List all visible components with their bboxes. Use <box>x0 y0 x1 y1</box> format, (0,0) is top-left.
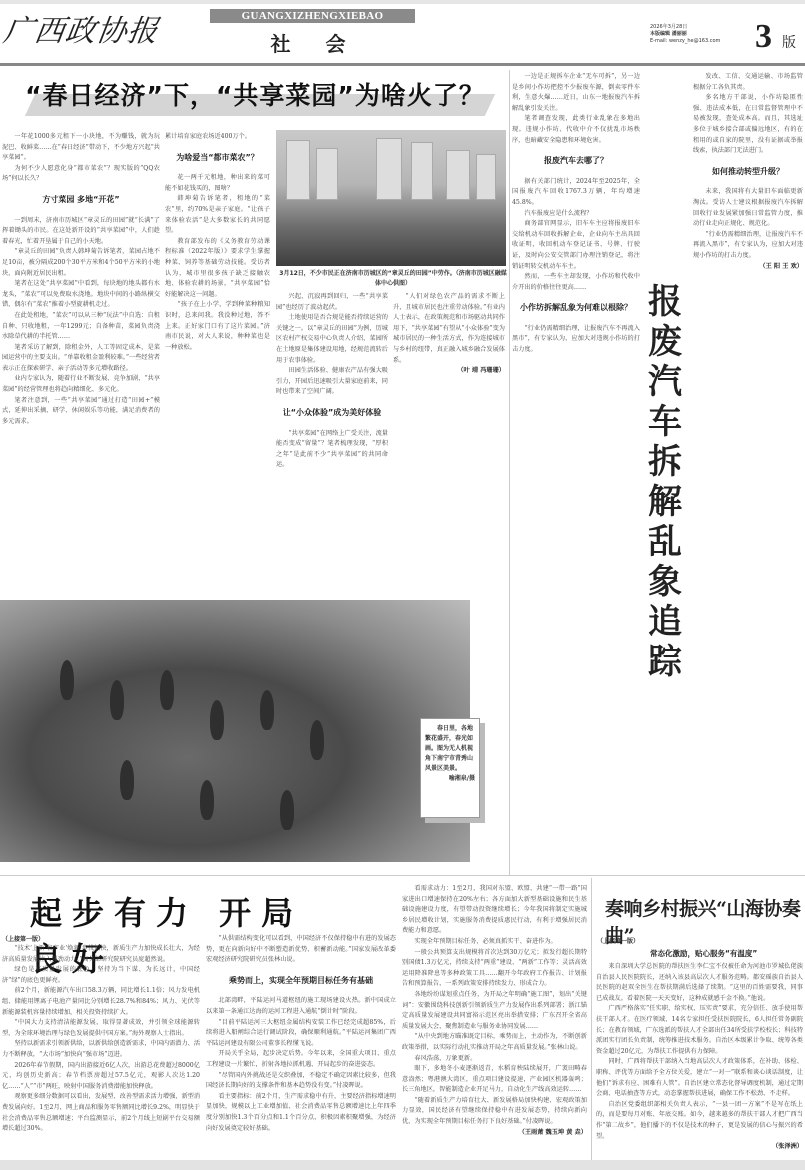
paragraph: 一边是正规拆车企业“无车可拆”，另一边是乡间小作坊把控不少报废车源，倒卖零件车利… <box>512 72 640 114</box>
headline-char: 踪 <box>645 642 685 682</box>
paragraph: 开局关乎全局，起步决定后势。今年以来，全国重大项目、重点工程建设一片繁忙，折射各… <box>206 1049 396 1070</box>
paragraph: 汽车报废应是什么流程？ <box>512 209 640 220</box>
column-divider <box>509 70 510 875</box>
paragraph: 多名地方干部说，小作坊隐匿性强、违法成本低，在日常监督管理中不易被发现，查处成本… <box>693 93 803 157</box>
lead-paragraph: 一年花1000多元租下一小块地，不为赚钱，就为玩泥巴、收鲜菜……在“春日经济”带… <box>2 132 160 164</box>
headline-text: “春日经济”下，“共享菜园”为啥火了？ <box>20 76 490 112</box>
headline-char: 追 <box>645 602 685 642</box>
article3-column-2: “从供需结构变化可以看到，中国经济不仅保持稳中有进的发展态势，更在向新向好中不断… <box>206 934 396 1159</box>
paragraph: 来自深圳大学总医院的帮扶医生李仁宝不仅被任命为河池市罗城仫佬族自治县人民医院院长… <box>596 962 803 1004</box>
subheading: 方寸菜园 多地“开花” <box>2 195 160 206</box>
photo-spring-park <box>0 600 470 862</box>
paragraph: 各地纷纷谋划重点任务，为开局之年明确“施工图”，划出“关键词”：安徽围绕科技创新… <box>402 990 587 1032</box>
tree <box>110 680 124 720</box>
photo-credit: 喻湘泉/摄 <box>425 774 475 784</box>
subheading: 让“小众体验”成为美好体验 <box>276 408 388 419</box>
paragraph: 教育部发布的《义务教育劳动课程标准（2022年版）》要求学生掌握种菜、饲养等基础… <box>165 237 270 301</box>
paragraph: 同时，广西将帮扶干部纳入当地高层次人才政策体系，在补助、体检、职称、评优等方面给… <box>596 1057 803 1099</box>
continued-label: （上接第一版） <box>2 934 44 943</box>
issue-meta: 2026年3月28日 本版编辑 潘丽丽 E-mail: wenzy_he@163… <box>650 24 720 45</box>
newspaper-pinyin: GUANGXIZHENGXIEBAO <box>210 9 415 23</box>
byline: （张泽洲） <box>596 1142 803 1153</box>
caption-text: 春日里，各地繁花盛开，春光如画。图为无人机视角下南宁市青秀山风景区美景。 <box>425 724 475 774</box>
paragraph: 然而，一些车主却发现，小作坊和代收中介开出的价格往往更高…… <box>512 272 640 293</box>
paragraph: “目前平陆运河三大枢纽金属结构安装工作已经完成超85%，后续将进入船闸综合运行调… <box>206 1018 396 1050</box>
paragraph: “行业仍需精细治理，让报废汽车不再流入黑市”，有专家认为，应加大对违规小作坊的打… <box>693 230 803 262</box>
paragraph: 看主要指标：前2个月，生产需求稳中有升，主要经济指标增速明显加快，规模以上工业增… <box>206 1092 396 1134</box>
paragraph: 绿色是高质量发展的底色。坚持为当下谋、为长远计，中国经济“绿”的底色更鲜亮。 <box>2 965 200 986</box>
section-title: 社 会 <box>230 28 400 57</box>
issue-date: 2026年3月28日 <box>650 24 720 31</box>
subheading: 小作坊拆解乱象为何难以根除？ <box>512 303 640 314</box>
article4-body: 来自深圳大学总医院的帮扶医生李仁宝不仅被任命为河池市罗城仫佬族自治县人民医院院长… <box>596 962 803 1159</box>
paragraph: “人们对绿色农产品的需求不断上升，且城市居民也注重劳动体验。”有业内人士表示，在… <box>393 292 505 366</box>
article2-column-2: 发改、工信、交通运输、市场监管根据分工各负其责。 多名地方干部说，小作坊隐匿性强… <box>693 72 803 872</box>
photo-garden-city <box>276 130 506 266</box>
paragraph: 实现全年预期目标任务，必须真抓实干、奋进作为。 <box>402 937 587 948</box>
paragraph: “技术‘上新’和产业‘焕新’步伐加快，新质生产力加快成长壮大，为经济高质量发展注… <box>2 944 200 965</box>
paragraph: “共享菜园”在网络上广受关注，流量能否变成“留量”？笔者梳理发现，“厚积之年”是… <box>276 429 388 471</box>
byline: （王雨萧 魏玉坤 黄 垚） <box>402 1128 587 1139</box>
article-headline-shared-garden: “春日经济”下，“共享菜园”为啥火了？ <box>20 72 490 118</box>
continued-label: （上接第一版） <box>597 936 639 945</box>
headline-char: 车 <box>645 402 685 442</box>
lead-paragraph: 为何不少人愿意化身“都市菜农”？现实版的“QQ农场”何以长久？ <box>2 164 160 185</box>
building <box>446 150 470 200</box>
paragraph: 观察更多细分数据可以看出，发展型、改善型需求活力增强，新型消费发展向好。1至2月… <box>2 1092 200 1134</box>
paragraph: 笔者采访了解到，除租金外，人工等固定成本，是菜园运营中的主要支出。“单靠收租金盈… <box>2 343 160 375</box>
article1-column-4: “人们对绿色农产品的需求不断上升，且城市居民也注重劳动体验。”有业内人士表示，在… <box>393 292 505 597</box>
page-editor: 本版编辑 潘丽丽 <box>650 31 720 38</box>
headline-char: 汽 <box>645 362 685 402</box>
paragraph: 坚持以新需求引领新供给，以新供给创造新需求，中国内需潜力、活力不断释放，“大市场… <box>2 1039 200 1060</box>
paragraph: “中国大力支持清洁能源发展，取得显著成效，并引领全球能源转型，为全球环境治理与绿… <box>2 1018 200 1039</box>
article3-column-1: “技术‘上新’和产业‘焕新’步伐加快，新质生产力加快成长壮大，为经济高质量发展注… <box>2 944 200 1159</box>
tree <box>210 700 224 740</box>
paragraph: “随着新质生产力培育壮大、新发展格局加快构建、宏观政策加力显效，国民经济有望继续… <box>402 1096 587 1128</box>
top-border <box>0 0 805 4</box>
tree <box>120 760 134 800</box>
tree <box>280 790 294 830</box>
page-suffix: 版 <box>782 32 796 52</box>
paragraph: 累计培育家庭农场近400万个。 <box>165 132 270 143</box>
building <box>411 142 433 200</box>
paragraph: “行业仍需精细治理，让报废汽车不再流入黑市”，有专家认为，应加大对违规小作坊的打… <box>512 324 640 356</box>
masthead-rule <box>0 63 805 66</box>
headline-char: 报 <box>645 282 685 322</box>
paragraph: “章灵丘的田园”负责人韩坤菊告诉笔者，菜园占地不足10亩，被分隔成200个30平… <box>2 247 160 279</box>
subheading: 如何推动转型升级？ <box>693 167 803 178</box>
article1-column-1: 一年花1000多元租下一小块地，不为赚钱，就为玩泥巴、收鲜菜……在“春日经济”带… <box>2 132 160 597</box>
photo-caption: 3月12日，不少市民正在济南市历城区的“章灵丘的田园”中劳作。（济南市历城区融媒… <box>278 269 508 289</box>
tree <box>60 660 74 700</box>
headline-char: 解 <box>645 482 685 522</box>
paragraph: 春风浩荡，万象更新。 <box>402 1054 587 1065</box>
paragraph: 前2个月，新能源汽车出口58.3万辆，同比增长1.1倍；风力发电机组、储能用锂离… <box>2 986 200 1018</box>
paragraph: 笔者注意到，一些“共享菜园”通过打造“田园+”模式，延伸出采摘、研学、休闲娱乐等… <box>2 396 160 428</box>
paragraph: 兴起、沉寂再到回归，一些“共享菜园”也经历了波动起伏。 <box>276 292 388 313</box>
paragraph: 在此处租地，“菜农”可以从三种“玩法”中自选：自租自种、只收地租，一年1299元… <box>2 311 160 343</box>
headline-char: 废 <box>645 322 685 362</box>
vertical-headline: 报 废 汽 车 拆 解 乱 象 追 踪 <box>645 282 685 682</box>
paragraph: 韩坤菊告诉笔者，租地的“菜农”里，约70%是亲子家庭。“让孩子来体验农活”是大多… <box>165 194 270 236</box>
building <box>286 140 310 200</box>
newspaper-logo: 广西政协报 <box>1 6 162 50</box>
paragraph: 北部湾畔，平陆运河马道枢纽的施工现场建设火热。新中国成立以来第一条通江达海的运河… <box>206 996 396 1017</box>
paragraph: 一般公共预算支出规模将首次达到30万亿元；拟发行超长期特别国债1.3万亿元，持续… <box>402 948 587 990</box>
subheading: 常态化激励，贴心服务“有温度” <box>650 948 757 959</box>
subheading: 为啥爱当“都市菜农”？ <box>165 153 270 164</box>
paragraph: 花一两千元租地，种出来的菜可能不如花钱买的，图啥？ <box>165 173 270 194</box>
tree <box>310 720 324 760</box>
building <box>316 148 338 200</box>
newspaper-page: 广西政协报 GUANGXIZHENGXIEBAO 社 会 2026年3月28日 … <box>0 0 805 1170</box>
subheading: 乘势而上，实现全年预期目标任务有基础 <box>206 976 396 987</box>
paragraph: 田园生活体验、健康农产品有强大吸引力，开园后迅速吸引大量家庭前来，同时也带来了空… <box>276 366 388 398</box>
headline-char: 象 <box>645 562 685 602</box>
section-divider <box>0 875 805 876</box>
byline: （王 阳 王 欢） <box>693 262 803 273</box>
page-number: 3 <box>755 18 772 56</box>
article2-column-1: 一边是正规拆车企业“无车可拆”，另一边是乡间小作坊把控不少报废车源，倒卖零件车利… <box>512 72 640 872</box>
building <box>376 138 402 200</box>
paragraph: 看需求动力：1至2月，我国对东盟、欧盟、共建“一带一路”国家进出口增速保持在20… <box>402 884 587 937</box>
paragraph: “从供需结构变化可以看到，中国经济不仅保持稳中有进的发展态势，更在向新向好中不断… <box>206 934 396 966</box>
paragraph: 广西严格落实“任实职、给实权、压实责”要求，充分信任、放手使用帮扶干部人才。在医… <box>596 1004 803 1057</box>
tree <box>160 670 174 710</box>
paragraph: 眼下，多地冬小麦逐渐返青，水稻育秧陆续展开，广袤田畴春意盎然；粤港澳大湾区，重点… <box>402 1064 587 1096</box>
article3-column-3: 看需求动力：1至2月，我国对东盟、欧盟、共建“一带一路”国家进出口增速保持在20… <box>402 884 587 1159</box>
paragraph: “尽管国内外挑战还是交织叠加，不稳定不确定因素比较多，但我国经济长期向好的支撑条… <box>206 1071 396 1092</box>
paragraph: 土地使用是否合规是能否持续运营的关键之一。以“章灵丘的田园”为例，历城区农村产权… <box>276 313 388 366</box>
headline-char: 乱 <box>645 522 685 562</box>
photo-caption-box: 春日里，各地繁花盛开，春光如画。图为无人机视角下南宁市青秀山风景区美景。 喻湘泉… <box>420 718 480 818</box>
tree <box>200 780 214 820</box>
tree <box>260 690 274 730</box>
paragraph: 发改、工信、交通运输、市场监管根据分工各负其责。 <box>693 72 803 93</box>
editor-email[interactable]: E-mail: wenzy_he@163.com <box>650 38 720 45</box>
paragraph: “孩子在上小学，学到种菜种粮知识时，总来问我。我没种过地，答不上来。正好家门口有… <box>165 300 270 353</box>
building <box>476 154 496 200</box>
paragraph: 一到周末，济南市历城区“章灵丘的田园”就“长满”了挥着锄头的市民。在这处新开设的… <box>2 216 160 248</box>
paragraph: 笔者调查发现，此类行业乱象在多地出现。违规小作坊、代收中介不仅扰乱市场秩序，也暗… <box>512 114 640 146</box>
paragraph: 商务部官网显示，旧车车主应将报废旧车交给机动车回收拆解企业，企业向车主出具回收证… <box>512 219 640 272</box>
headline-char: 拆 <box>645 442 685 482</box>
paragraph: 自治区党委组织部相关负责人表示，“一县一团一方案”不是写在纸上的，而是要每月对账… <box>596 1100 803 1142</box>
bottom-border <box>0 1160 805 1170</box>
paragraph: 笔者在这处“共享菜园”中看到，每块地的地头都有水龙头，“菜农”可以免费取水浇地。… <box>2 279 160 311</box>
byline: （叶 靖 冯珊珊） <box>393 366 505 377</box>
article1-column-2: 累计培育家庭农场近400万个。 为啥爱当“都市菜农”？ 花一两千元租地，种出来的… <box>165 132 270 597</box>
column-divider <box>591 878 592 1160</box>
paragraph: 2026年春节假期，国内出游接近6亿人次，出游总花费超过8000亿元，均创历史新… <box>2 1061 200 1093</box>
paragraph: 据有关部门统计，2024年至2025年，全国报废汽车回收1767.3万辆，年均增… <box>512 177 640 209</box>
paragraph: 业内专家认为，随着行业不断发展、竞争加剧，“共享菜园”的经营管理也将趋向精细化、… <box>2 374 160 395</box>
paragraph: “从中央到地方瞄准既定目标，乘势而上，主动作为，不断创新政策举措，以实际行动扎实… <box>402 1032 587 1053</box>
paragraph: 未来，我国将有大量旧车面临更新淘汰。受访人士建议根据报废汽车拆解回收行业发展紧加… <box>693 187 803 229</box>
subheading: 报废汽车去哪了？ <box>512 156 640 167</box>
article1-column-3: 兴起、沉寂再到回归，一些“共享菜园”也经历了波动起伏。 土地使用是否合规是能否持… <box>276 292 388 597</box>
